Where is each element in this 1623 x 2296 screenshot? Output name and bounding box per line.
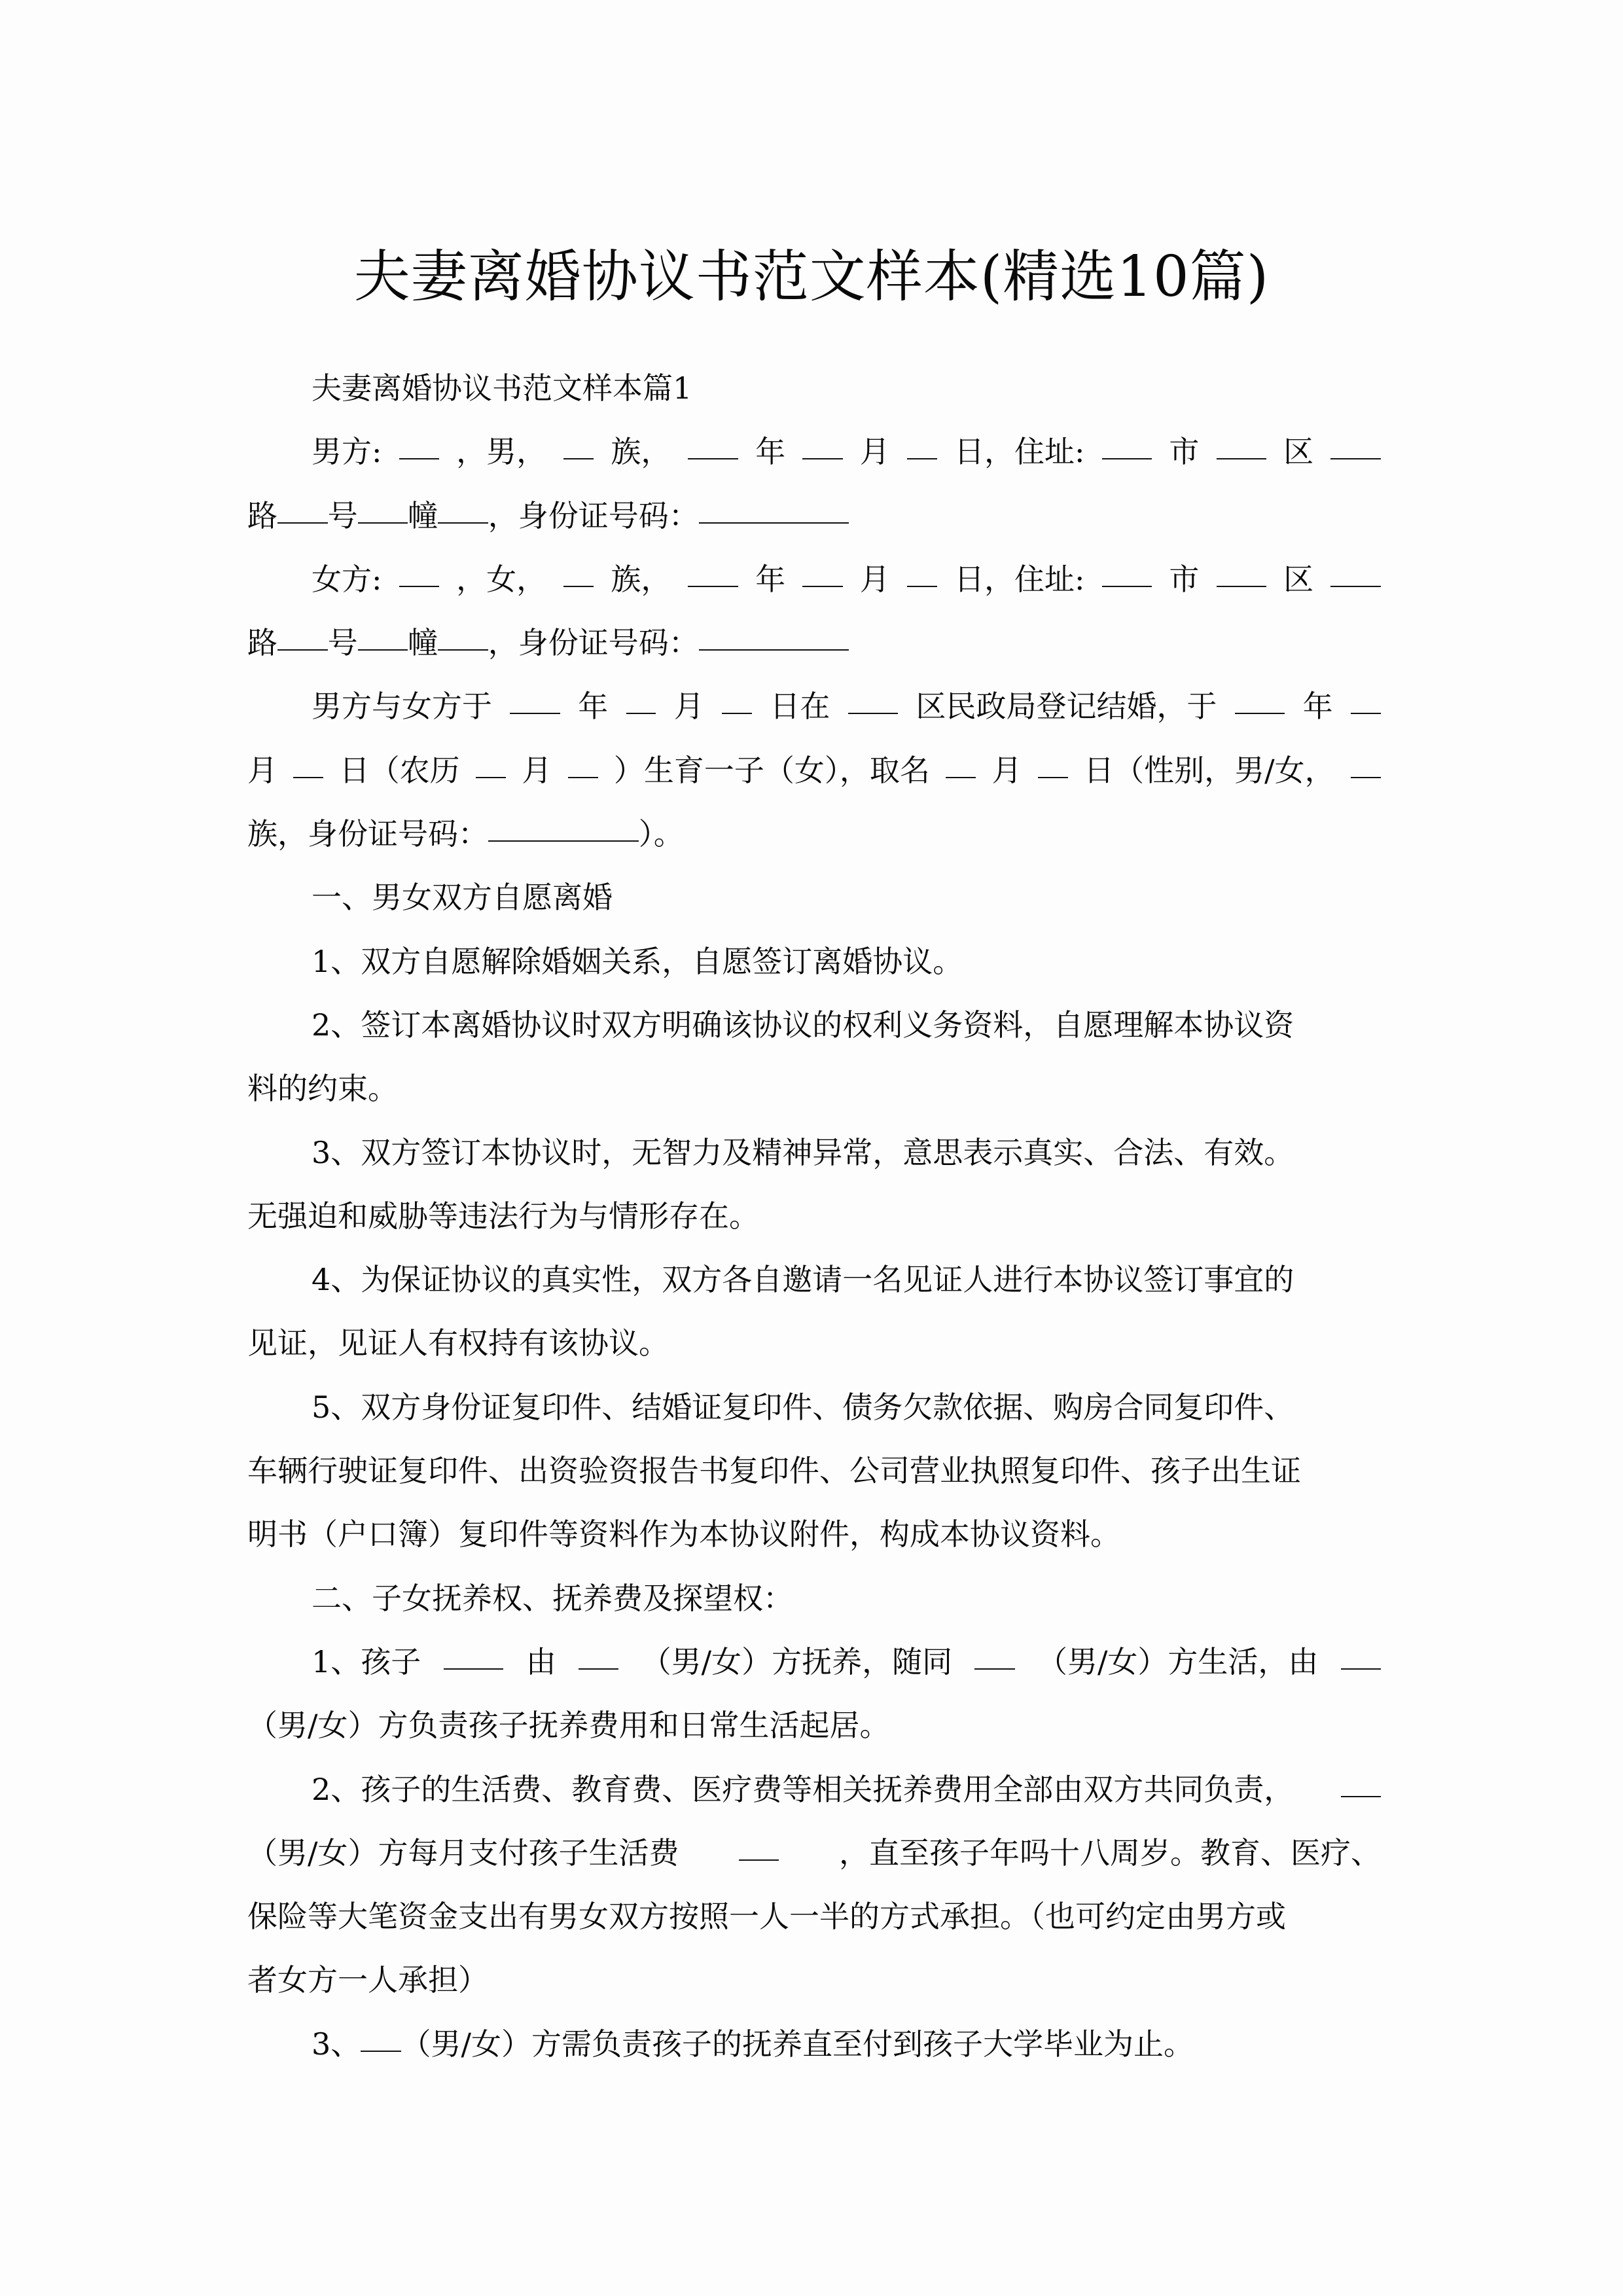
fill-in-blank: [444, 1668, 504, 1670]
text-line: 2、孩子的生活费、教育费、医疗费等相关抚养费用全部由双方共同负责，: [247, 1758, 1381, 1821]
text-line: 男方:，男，族，年月日，住址:市区: [247, 420, 1381, 484]
text-segment: 无强迫和威胁等违法行为与情形存在。: [247, 1185, 759, 1248]
text-segment: 3、: [312, 2013, 361, 2076]
text-line: 2、签订本离婚协议时双方明确该协议的权利义务资料，自愿理解本协议资: [247, 994, 1381, 1057]
text-segment: （男/女）方每月支付孩子生活费: [247, 1821, 679, 1885]
fill-in-blank: [293, 776, 323, 778]
fill-in-blank: [688, 457, 738, 459]
fill-in-blank: [1330, 457, 1381, 459]
fill-in-blank: [1217, 457, 1267, 459]
text-line: 路号幢，身份证号码：: [247, 611, 1381, 675]
text-segment: （男/女）方抚养，随同: [641, 1630, 953, 1694]
document-body: 夫妻离婚协议书范文样本篇1男方:，男，族，年月日，住址:市区路号幢，身份证号码：…: [247, 357, 1381, 2076]
text-segment: 2、签订本离婚协议时双方明确该协议的权利义务资料，自愿理解本协议资: [312, 994, 1294, 1057]
text-line: 见证，见证人有权持有该协议。: [247, 1312, 1381, 1375]
female-party-info: 女方:，女，族，年月日，住址:市区路号幢，身份证号码：: [247, 548, 1381, 675]
fill-in-blank: [722, 712, 752, 714]
fill-in-blank: [358, 649, 408, 651]
text-line: 明书（户口簿）复印件等资料作为本协议附件，构成本协议资料。: [247, 1503, 1381, 1566]
text-line: 男方与女方于年月日在区民政局登记结婚，于年: [247, 675, 1381, 738]
text-segment: 月: [247, 739, 277, 802]
text-line: 夫妻离婚协议书范文样本篇1: [247, 357, 1381, 420]
text-segment: （男/女）方需负责孩子的抚养直至付到孩子大学毕业为止。: [401, 2013, 1194, 2076]
fill-in-blank: [358, 522, 408, 524]
text-segment: 2、孩子的生活费、教育费、医疗费等相关抚养费用全部由双方共同负责，: [312, 1758, 1294, 1821]
text-segment: 号: [328, 611, 358, 675]
text-segment: 1、双方自愿解除婚姻关系，自愿签订离婚协议。: [312, 930, 963, 994]
document-title: 夫妻离婚协议书范文样本(精选10篇): [0, 234, 1623, 319]
text-segment: ，女，: [456, 548, 546, 611]
text-segment: 明书（户口簿）复印件等资料作为本协议附件，构成本协议资料。: [247, 1503, 1120, 1566]
text-segment: 月: [522, 739, 552, 802]
fill-in-blank: [1217, 585, 1267, 587]
fill-in-blank: [277, 649, 328, 651]
text-line: 路号幢，身份证号码：: [247, 484, 1381, 548]
fill-in-blank: [1330, 585, 1381, 587]
text-segment: 女方:: [312, 548, 382, 611]
text-segment: ，身份证号码：: [488, 611, 699, 675]
text-line: 料的约束。: [247, 1057, 1381, 1121]
fill-in-blank: [438, 522, 488, 524]
fill-in-blank: [1351, 712, 1381, 714]
text-segment: 族，: [611, 548, 671, 611]
text-segment: 保险等大笔资金支出有男女双方按照一人一半的方式承担。（也可约定由男方或: [247, 1885, 1286, 1948]
text-segment: 车辆行驶证复印件、出资验资报告书复印件、公司营业执照复印件、孩子出生证: [247, 1439, 1301, 1503]
clause-2-2: 2、孩子的生活费、教育费、医疗费等相关抚养费用全部由双方共同负责，（男/女）方每…: [247, 1758, 1381, 2013]
fill-in-blank: [563, 457, 594, 459]
fill-in-blank: [361, 2050, 401, 2052]
text-line: 二、子女抚养权、抚养费及探望权：: [247, 1567, 1381, 1630]
clause-heading-2: 二、子女抚养权、抚养费及探望权：: [247, 1567, 1381, 1630]
fill-in-blank: [688, 585, 738, 587]
fill-in-blank: [974, 1668, 1014, 1670]
marriage-registration: 男方与女方于年月日在区民政局登记结婚，于年月日（农历月）生育一子（女），取名月日…: [247, 675, 1381, 866]
text-segment: 男方:: [312, 420, 382, 484]
text-line: 1、孩子由（男/女）方抚养，随同（男/女）方生活，由: [247, 1630, 1381, 1694]
text-segment: 1、孩子: [312, 1630, 421, 1694]
document-page: 夫妻离婚协议书范文样本(精选10篇) 夫妻离婚协议书范文样本篇1男方:，男，族，…: [0, 0, 1623, 2296]
fill-in-blank: [510, 712, 560, 714]
text-segment: 年: [755, 548, 785, 611]
text-line: （男/女）方负责孩子抚养费用和日常生活起居。: [247, 1694, 1381, 1757]
fill-in-blank: [1038, 776, 1068, 778]
text-segment: 日（农历: [340, 739, 460, 802]
text-line: 1、双方自愿解除婚姻关系，自愿签订离婚协议。: [247, 930, 1381, 994]
clause-1-4: 4、为保证协议的真实性，双方各自邀请一名见证人进行本协议签订事宜的见证，见证人有…: [247, 1248, 1381, 1376]
text-line: 4、为保证协议的真实性，双方各自邀请一名见证人进行本协议签订事宜的: [247, 1248, 1381, 1312]
fill-in-blank: [699, 649, 849, 651]
fill-in-blank: [699, 522, 849, 524]
fill-in-blank: [568, 776, 598, 778]
clause-1-3: 3、双方签订本协议时，无智力及精神异常，意思表示真实、合法、有效。无强迫和威胁等…: [247, 1121, 1381, 1249]
fill-in-blank: [579, 1668, 618, 1670]
text-segment: 月: [860, 548, 890, 611]
fill-in-blank: [802, 585, 842, 587]
text-line: （男/女）方每月支付孩子生活费，直至孩子年吗十八周岁。教育、医疗、: [247, 1821, 1381, 1885]
fill-in-blank: [476, 776, 506, 778]
fill-in-blank: [802, 457, 842, 459]
text-line: 保险等大笔资金支出有男女双方按照一人一半的方式承担。（也可约定由男方或: [247, 1885, 1381, 1948]
text-segment: 区: [1283, 420, 1313, 484]
text-segment: 路: [247, 484, 277, 548]
text-segment: 区: [1283, 548, 1313, 611]
text-line: 月日（农历月）生育一子（女），取名月日（性别，男/女，: [247, 739, 1381, 802]
fill-in-blank: [277, 522, 328, 524]
fill-in-blank: [1102, 457, 1152, 459]
clause-2-3: 3、（男/女）方需负责孩子的抚养直至付到孩子大学毕业为止。: [247, 2013, 1381, 2076]
text-segment: 族，身份证号码：: [247, 802, 488, 866]
text-segment: 年: [578, 675, 608, 738]
text-line: 无强迫和威胁等违法行为与情形存在。: [247, 1185, 1381, 1248]
text-segment: ，直至孩子年吗十八周岁。教育、医疗、: [839, 1821, 1381, 1885]
fill-in-blank: [563, 585, 594, 587]
fill-in-blank: [488, 840, 639, 842]
text-segment: 日，住址:: [954, 420, 1085, 484]
fill-in-blank: [907, 457, 937, 459]
text-line: 一、男女双方自愿离婚: [247, 866, 1381, 929]
text-segment: ，身份证号码：: [488, 484, 699, 548]
text-segment: 4、为保证协议的真实性，双方各自邀请一名见证人进行本协议签订事宜的: [312, 1248, 1294, 1312]
text-segment: 幢: [408, 611, 438, 675]
text-segment: 3、双方签订本协议时，无智力及精神异常，意思表示真实、合法、有效。: [312, 1121, 1294, 1185]
text-segment: 区民政局登记结婚，于: [916, 675, 1217, 738]
text-segment: 市: [1169, 420, 1199, 484]
text-segment: 月: [674, 675, 704, 738]
fill-in-blank: [626, 712, 656, 714]
clause-1-1: 1、双方自愿解除婚姻关系，自愿签订离婚协议。: [247, 930, 1381, 994]
text-segment: （男/女）方负责孩子抚养费用和日常生活起居。: [247, 1694, 890, 1757]
text-segment: 夫妻离婚协议书范文样本篇1: [312, 357, 692, 420]
text-segment: 号: [328, 484, 358, 548]
text-segment: 者女方一人承担）: [247, 1948, 488, 2012]
clause-2-1: 1、孩子由（男/女）方抚养，随同（男/女）方生活，由（男/女）方负责孩子抚养费用…: [247, 1630, 1381, 1758]
text-segment: ）。: [639, 802, 684, 866]
text-segment: 族，: [611, 420, 671, 484]
fill-in-blank: [399, 585, 439, 587]
text-line: 3、双方签订本协议时，无智力及精神异常，意思表示真实、合法、有效。: [247, 1121, 1381, 1185]
text-segment: 日（性别，男/女，: [1084, 739, 1335, 802]
text-segment: 二、子女抚养权、抚养费及探望权：: [312, 1567, 793, 1630]
text-segment: ）生育一子（女），取名: [614, 739, 930, 802]
text-segment: 日，住址:: [954, 548, 1085, 611]
text-segment: 路: [247, 611, 277, 675]
text-line: 车辆行驶证复印件、出资验资报告书复印件、公司营业执照复印件、孩子出生证: [247, 1439, 1381, 1503]
clause-heading-1: 一、男女双方自愿离婚: [247, 866, 1381, 929]
fill-in-blank: [739, 1859, 779, 1861]
fill-in-blank: [946, 776, 976, 778]
fill-in-blank: [1351, 776, 1381, 778]
text-segment: 见证，见证人有权持有该协议。: [247, 1312, 669, 1375]
fill-in-blank: [1235, 712, 1285, 714]
fill-in-blank: [1341, 1668, 1381, 1670]
text-segment: 幢: [408, 484, 438, 548]
text-segment: 5、双方身份证复印件、结婚证复印件、债务欠款依据、购房合同复印件、: [312, 1376, 1294, 1439]
text-segment: 月: [992, 739, 1022, 802]
text-segment: 年: [1303, 675, 1333, 738]
fill-in-blank: [848, 712, 899, 714]
text-line: 女方:，女，族，年月日，住址:市区: [247, 548, 1381, 611]
text-line: 者女方一人承担）: [247, 1948, 1381, 2012]
text-line: 族，身份证号码：）。: [247, 802, 1381, 866]
clause-1-5: 5、双方身份证复印件、结婚证复印件、债务欠款依据、购房合同复印件、车辆行驶证复印…: [247, 1376, 1381, 1567]
fill-in-blank: [1102, 585, 1152, 587]
male-party-info: 男方:，男，族，年月日，住址:市区路号幢，身份证号码：: [247, 420, 1381, 548]
fill-in-blank: [399, 457, 439, 459]
text-segment: 月: [860, 420, 890, 484]
text-segment: ，男，: [456, 420, 546, 484]
text-segment: 一、男女双方自愿离婚: [312, 866, 613, 929]
fill-in-blank: [1341, 1795, 1381, 1797]
text-segment: 男方与女方于: [312, 675, 492, 738]
text-line: 5、双方身份证复印件、结婚证复印件、债务欠款依据、购房合同复印件、: [247, 1376, 1381, 1439]
text-segment: 料的约束。: [247, 1057, 398, 1121]
text-segment: 年: [755, 420, 785, 484]
text-segment: （男/女）方生活，由: [1037, 1630, 1319, 1694]
clause-1-2: 2、签订本离婚协议时双方明确该协议的权利义务资料，自愿理解本协议资料的约束。: [247, 994, 1381, 1121]
section-heading-1: 夫妻离婚协议书范文样本篇1: [247, 357, 1381, 420]
text-segment: 市: [1169, 548, 1199, 611]
text-segment: 日在: [770, 675, 830, 738]
text-segment: 由: [526, 1630, 556, 1694]
text-line: 3、（男/女）方需负责孩子的抚养直至付到孩子大学毕业为止。: [247, 2013, 1381, 2076]
fill-in-blank: [438, 649, 488, 651]
fill-in-blank: [907, 585, 937, 587]
